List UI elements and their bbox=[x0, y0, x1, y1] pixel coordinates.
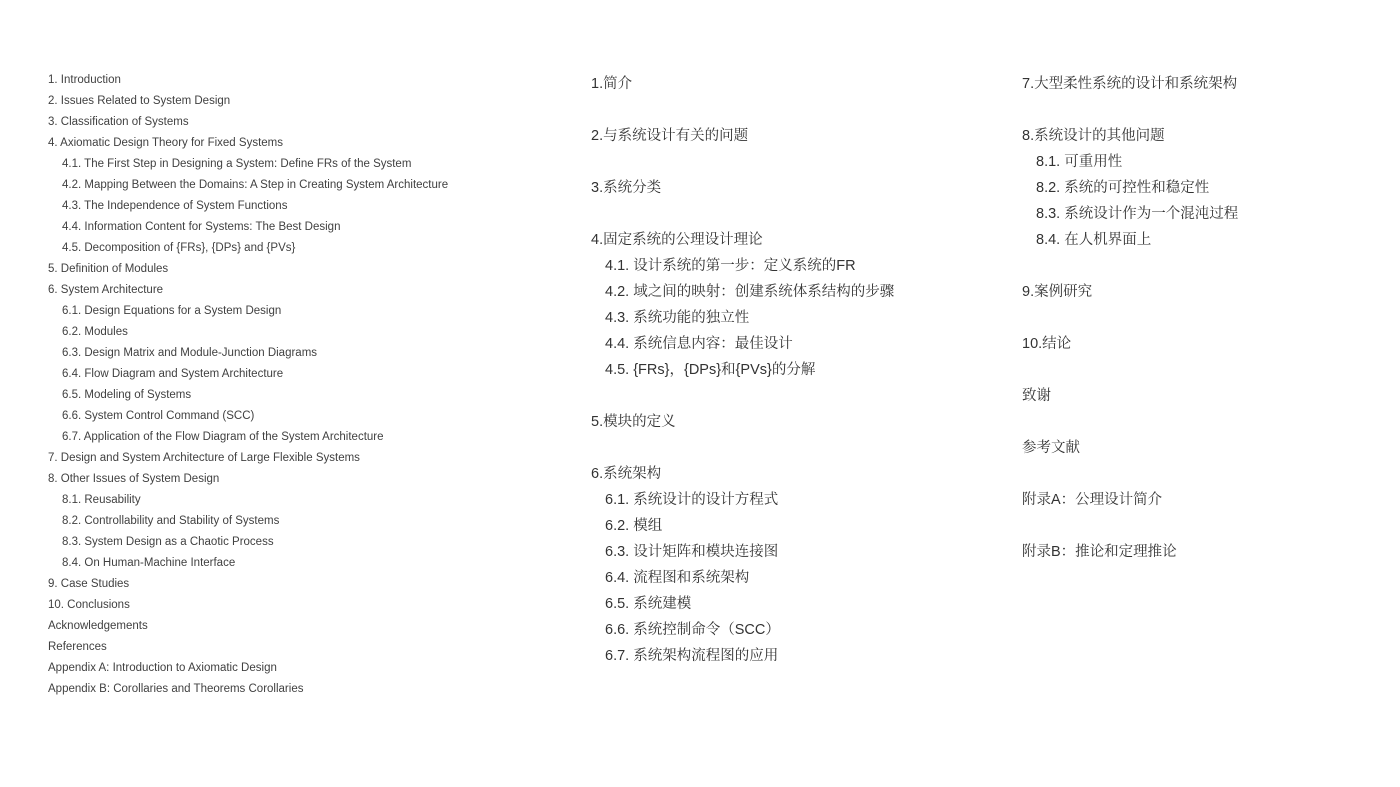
toc-entry: 6.5. Modeling of Systems bbox=[48, 385, 448, 406]
toc-chinese-column-2: 7.大型柔性系统的设计和系统架构8.系统设计的其他问题8.1. 可重用性8.2.… bbox=[1022, 71, 1238, 565]
toc-entry: 8. Other Issues of System Design bbox=[48, 469, 448, 490]
toc-entry: 4.4. Information Content for Systems: Th… bbox=[48, 217, 448, 238]
toc-entry: 1. Introduction bbox=[48, 70, 448, 91]
toc-entry: 7. Design and System Architecture of Lar… bbox=[48, 448, 448, 469]
toc-entry: 10.结论 bbox=[1022, 331, 1238, 357]
toc-entry: 1.简介 bbox=[591, 71, 894, 97]
toc-entry: 2. Issues Related to System Design bbox=[48, 91, 448, 112]
toc-entry: 9.案例研究 bbox=[1022, 279, 1238, 305]
toc-entry: Acknowledgements bbox=[48, 616, 448, 637]
toc-entry: 8.3. System Design as a Chaotic Process bbox=[48, 532, 448, 553]
blank-line bbox=[1022, 461, 1238, 487]
toc-entry: 6.4. Flow Diagram and System Architectur… bbox=[48, 364, 448, 385]
toc-entry: 4.5. Decomposition of {FRs}, {DPs} and {… bbox=[48, 238, 448, 259]
toc-entry: 4.4. 系统信息内容：最佳设计 bbox=[591, 331, 894, 357]
toc-entry: 8.3. 系统设计作为一个混沌过程 bbox=[1022, 201, 1238, 227]
blank-line bbox=[591, 435, 894, 461]
toc-entry: 附录B：推论和定理推论 bbox=[1022, 539, 1238, 565]
toc-entry: 4.2. 域之间的映射：创建系统体系结构的步骤 bbox=[591, 279, 894, 305]
toc-entry: 5.模块的定义 bbox=[591, 409, 894, 435]
toc-entry: 6.3. Design Matrix and Module-Junction D… bbox=[48, 343, 448, 364]
toc-entry: 6.3. 设计矩阵和模块连接图 bbox=[591, 539, 894, 565]
toc-entry: 8.系统设计的其他问题 bbox=[1022, 123, 1238, 149]
toc-entry: 6.6. System Control Command (SCC) bbox=[48, 406, 448, 427]
toc-entry: Appendix A: Introduction to Axiomatic De… bbox=[48, 658, 448, 679]
blank-line bbox=[1022, 305, 1238, 331]
toc-entry: 4.1. The First Step in Designing a Syste… bbox=[48, 154, 448, 175]
blank-line bbox=[1022, 409, 1238, 435]
toc-entry: 8.1. Reusability bbox=[48, 490, 448, 511]
toc-entry: 8.1. 可重用性 bbox=[1022, 149, 1238, 175]
toc-entry: 10. Conclusions bbox=[48, 595, 448, 616]
toc-entry: 致谢 bbox=[1022, 383, 1238, 409]
toc-entry: 附录A：公理设计简介 bbox=[1022, 487, 1238, 513]
toc-entry: 5. Definition of Modules bbox=[48, 259, 448, 280]
toc-entry: 6.系统架构 bbox=[591, 461, 894, 487]
toc-entry: 4.5. {FRs}，{DPs}和{PVs}的分解 bbox=[591, 357, 894, 383]
toc-entry: 4.2. Mapping Between the Domains: A Step… bbox=[48, 175, 448, 196]
toc-entry: 6.4. 流程图和系统架构 bbox=[591, 565, 894, 591]
toc-entry: 3.系统分类 bbox=[591, 175, 894, 201]
blank-line bbox=[591, 201, 894, 227]
toc-entry: 6.5. 系统建模 bbox=[591, 591, 894, 617]
toc-entry: 3. Classification of Systems bbox=[48, 112, 448, 133]
toc-entry: 6.1. Design Equations for a System Desig… bbox=[48, 301, 448, 322]
toc-entry: 4.1. 设计系统的第一步：定义系统的FR bbox=[591, 253, 894, 279]
toc-entry: 4. Axiomatic Design Theory for Fixed Sys… bbox=[48, 133, 448, 154]
toc-entry: References bbox=[48, 637, 448, 658]
toc-entry: 6. System Architecture bbox=[48, 280, 448, 301]
blank-line bbox=[1022, 513, 1238, 539]
toc-entry: 9. Case Studies bbox=[48, 574, 448, 595]
blank-line bbox=[1022, 253, 1238, 279]
toc-entry: 4.3. 系统功能的独立性 bbox=[591, 305, 894, 331]
blank-line bbox=[1022, 97, 1238, 123]
toc-entry: 6.7. 系统架构流程图的应用 bbox=[591, 643, 894, 669]
toc-entry: Appendix B: Corollaries and Theorems Cor… bbox=[48, 679, 448, 700]
toc-entry: 8.2. Controllability and Stability of Sy… bbox=[48, 511, 448, 532]
toc-entry: 6.7. Application of the Flow Diagram of … bbox=[48, 427, 448, 448]
blank-line bbox=[591, 149, 894, 175]
blank-line bbox=[1022, 357, 1238, 383]
toc-entry: 6.2. Modules bbox=[48, 322, 448, 343]
toc-entry: 4.3. The Independence of System Function… bbox=[48, 196, 448, 217]
document-page: 1. Introduction2. Issues Related to Syst… bbox=[0, 0, 1400, 787]
toc-entry: 8.2. 系统的可控性和稳定性 bbox=[1022, 175, 1238, 201]
blank-line bbox=[591, 383, 894, 409]
toc-entry: 8.4. On Human-Machine Interface bbox=[48, 553, 448, 574]
blank-line bbox=[591, 97, 894, 123]
toc-entry: 参考文献 bbox=[1022, 435, 1238, 461]
toc-entry: 2.与系统设计有关的问题 bbox=[591, 123, 894, 149]
toc-entry: 8.4. 在人机界面上 bbox=[1022, 227, 1238, 253]
toc-entry: 6.1. 系统设计的设计方程式 bbox=[591, 487, 894, 513]
toc-entry: 6.6. 系统控制命令（SCC） bbox=[591, 617, 894, 643]
toc-chinese-column-1: 1.简介2.与系统设计有关的问题3.系统分类4.固定系统的公理设计理论4.1. … bbox=[591, 71, 894, 669]
toc-entry: 6.2. 模组 bbox=[591, 513, 894, 539]
toc-english-column: 1. Introduction2. Issues Related to Syst… bbox=[48, 70, 448, 700]
toc-entry: 4.固定系统的公理设计理论 bbox=[591, 227, 894, 253]
toc-entry: 7.大型柔性系统的设计和系统架构 bbox=[1022, 71, 1238, 97]
